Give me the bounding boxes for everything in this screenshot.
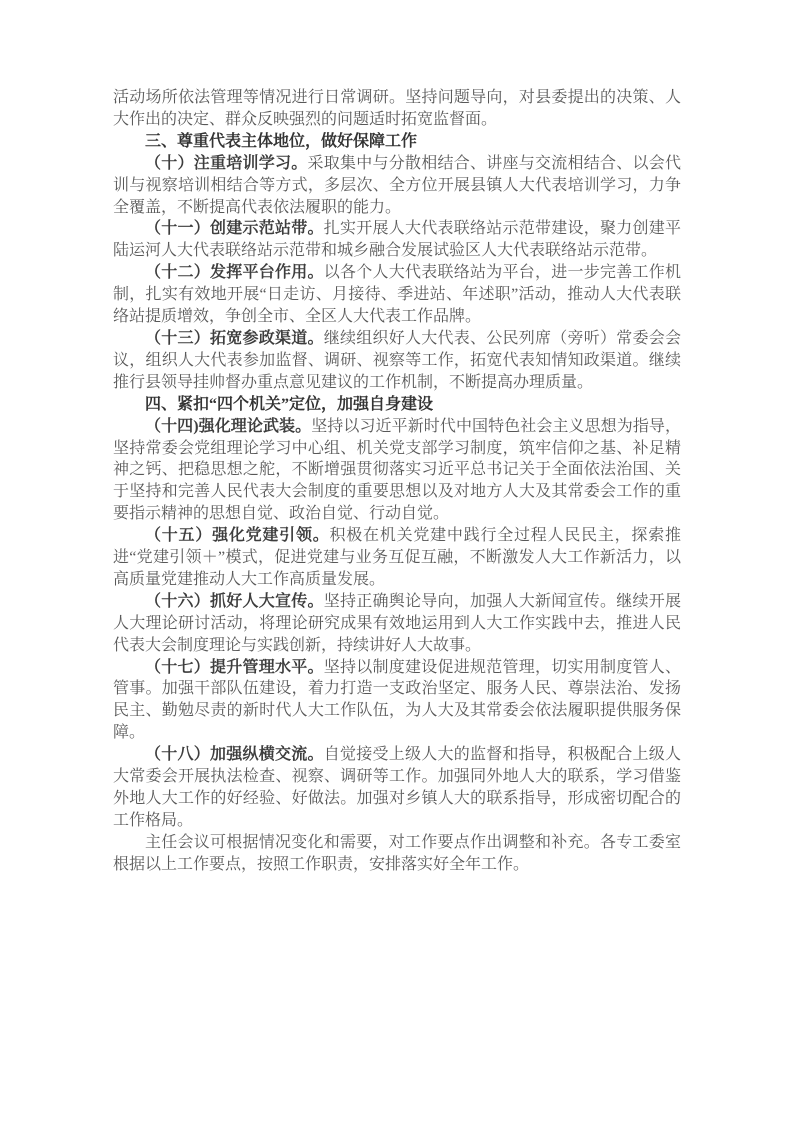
work-item-10: （十）注重培训学习。采取集中与分散相结合、讲座与交流相结合、以会代训与视察培训相… (113, 153, 681, 219)
item-lead-11: （十一）创建示范站带。 (145, 220, 324, 237)
item-lead-15: （十五）强化党建引领。 (145, 527, 330, 544)
item-lead-17: （十七）提升管理水平。 (145, 659, 324, 676)
work-item-13: （十三）拓宽参政渠道。继续组织好人大代表、公民列席（旁听）常委会会议，组织人大代… (113, 328, 681, 394)
work-item-11: （十一）创建示范站带。扎实开展人大代表联络站示范带建设，聚力创建平陆运河人大代表… (113, 218, 681, 262)
work-item-18: （十八）加强纵横交流。自觉接受上级人大的监督和指导，积极配合上级人大常委会开展执… (113, 744, 681, 832)
paragraph-closing: 主任会议可根据情况变化和需要，对工作要点作出调整和补充。各专工委室根据以上工作要… (113, 832, 681, 876)
work-item-14: （十四)强化理论武装。坚持以习近平新时代中国特色社会主义思想为指导，坚持常委会党… (113, 416, 681, 526)
item-lead-12: （十二）发挥平台作用。 (145, 264, 324, 281)
item-lead-16: （十六）抓好人大宣传。 (145, 593, 324, 610)
item-lead-18: （十八）加强纵横交流。 (145, 746, 324, 763)
item-lead-13: （十三）拓宽参政渠道。 (145, 330, 324, 347)
work-item-12: （十二）发挥平台作用。以各个人大代表联络站为平台，进一步完善工作机制，扎实有效地… (113, 262, 681, 328)
work-item-17: （十七）提升管理水平。坚持以制度建设促进规范管理，切实用制度管人、管事。加强干部… (113, 657, 681, 745)
work-item-15: （十五）强化党建引领。积极在机关党建中践行全过程人民民主，探索推进“党建引领＋”… (113, 525, 681, 591)
item-lead-10: （十）注重培训学习。 (145, 155, 308, 172)
document-body: 活动场所依法管理等情况进行日常调研。坚持问题导向，对县委提出的决策、人大作出的决… (113, 87, 681, 876)
section-heading-four: 四、紧扣“四个机关”定位，加强自身建设 (113, 394, 681, 416)
paragraph-continuation: 活动场所依法管理等情况进行日常调研。坚持问题导向，对县委提出的决策、人大作出的决… (113, 87, 681, 131)
section-heading-three: 三、尊重代表主体地位，做好保障工作 (113, 131, 681, 153)
item-lead-14: （十四)强化理论武装。 (145, 418, 311, 435)
work-item-16: （十六）抓好人大宣传。坚持正确舆论导向，加强人大新闻宣传。继续开展人大理论研讨活… (113, 591, 681, 657)
document-page: 活动场所依法管理等情况进行日常调研。坚持问题导向，对县委提出的决策、人大作出的决… (0, 0, 793, 1122)
